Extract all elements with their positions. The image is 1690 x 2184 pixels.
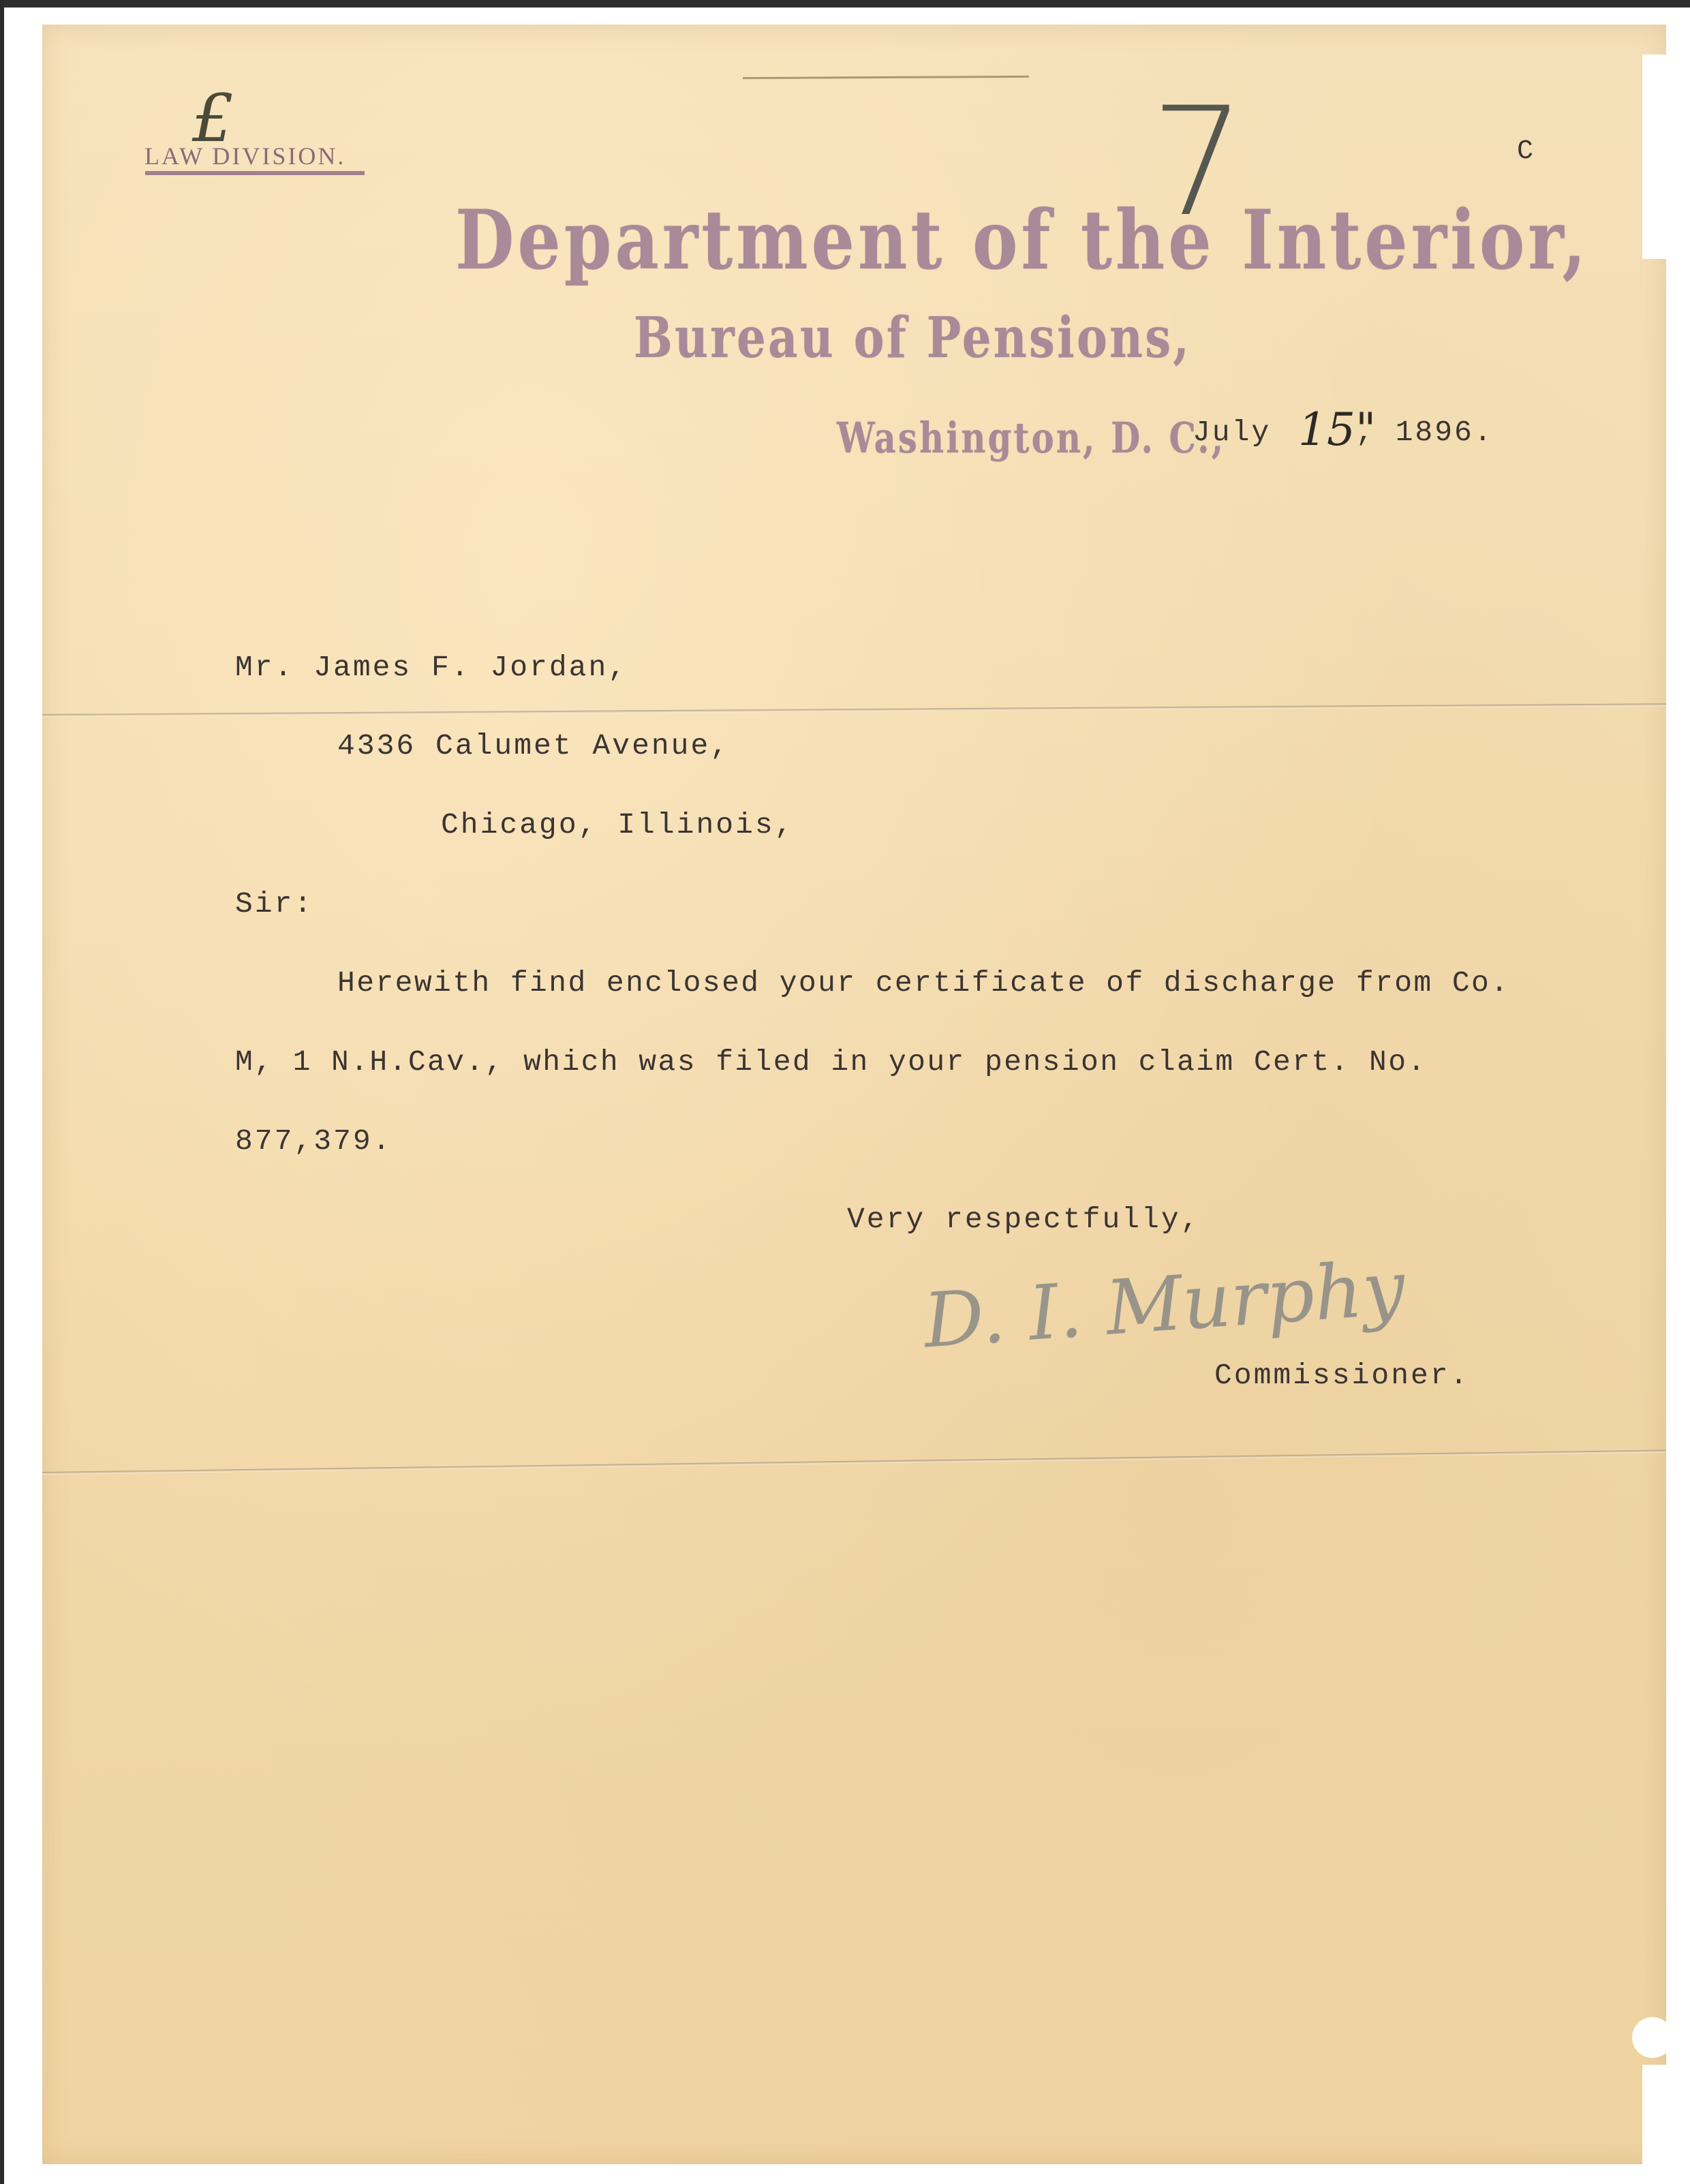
date-month: July [1193,416,1271,449]
recipient-street: 4336 Calumet Avenue, [337,729,730,763]
law-division-stamp: LAW DIVISION. [144,142,345,170]
paper-torn-edge-bottom-right-lower [1642,2065,1676,2167]
salutation: Sir: [235,887,313,921]
signatory-title: Commissioner. [1214,1359,1469,1392]
recipient-name: Mr. James F. Jordan, [235,651,628,684]
date-year: , 1896. [1356,416,1494,449]
body-line-3: 877,379. [235,1124,392,1158]
bureau-heading: Bureau of Pensions, [634,305,1191,371]
paper-torn-edge-top-right [1642,55,1670,259]
department-heading: Department of the Interior, [455,192,1589,288]
place-heading: Washington, D. C., [837,413,1225,463]
law-division-underline [145,171,365,175]
body-line-2: M, 1 N.H.Cav., which was filed in your p… [235,1045,1427,1079]
body-line-1: Herewith find enclosed your certificate … [337,966,1509,1000]
scan-border-left [0,0,4,2184]
complimentary-close: Very respectfully, [847,1203,1200,1236]
recipient-city: Chicago, Illinois, [441,808,794,842]
typed-letter-top-right: C [1517,136,1535,167]
scan-border-top [0,0,1690,7]
paper-torn-edge-bottom-right [1632,2017,1673,2058]
